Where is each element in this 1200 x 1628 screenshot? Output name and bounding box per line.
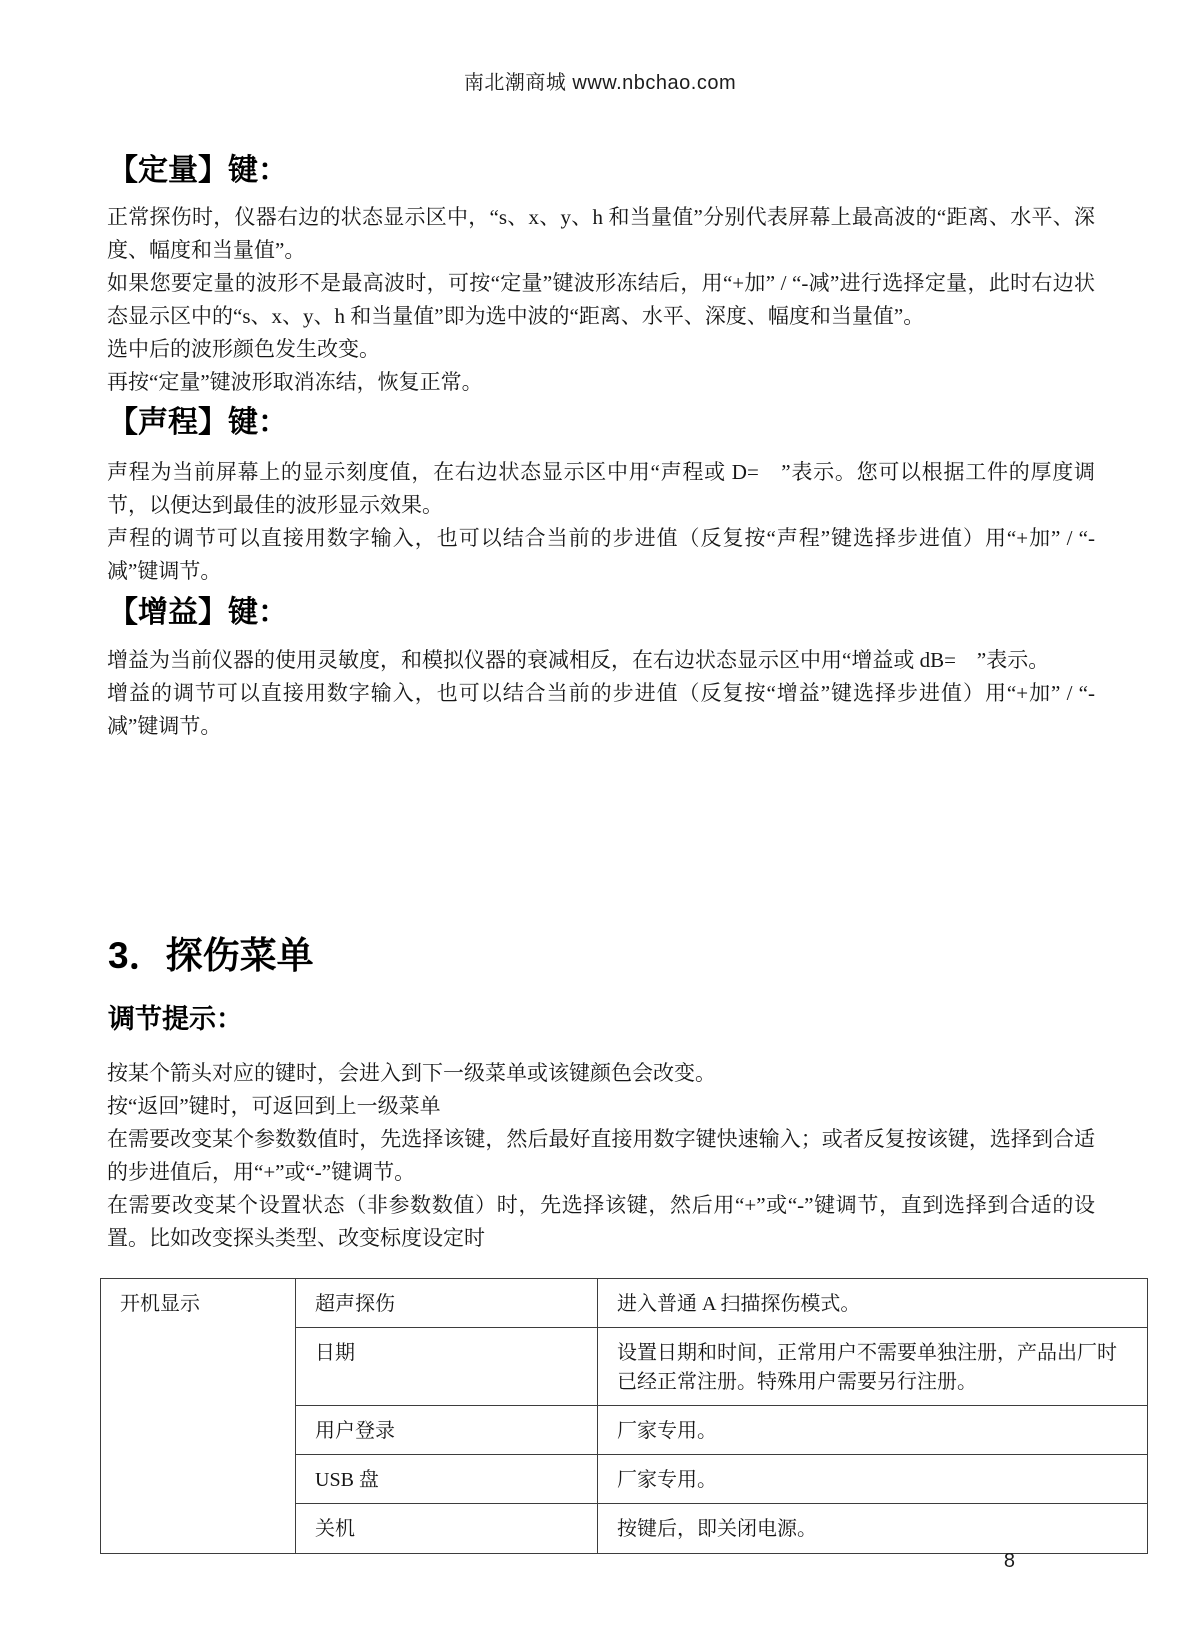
startup-menu-table: 开机显示 超声探伤 进入普通 A 扫描探伤模式。 日期 设置日期和时间，正常用户…	[100, 1278, 1148, 1554]
site-header-text: 南北潮商城 www.nbchao.com	[0, 66, 1200, 95]
paragraph: 如果您要定量的波形不是最高波时，可按“定量”键波形冻结后，用“+加” / “-减…	[107, 267, 1095, 333]
paragraph: 选中后的波形颜色发生改变。	[107, 333, 1095, 366]
section-heading-shengcheng-key: 【声程】键：	[108, 404, 288, 442]
paragraph: 在需要改变某个设置状态（非参数数值）时，先选择该键，然后用“+”或“-”键调节，…	[107, 1189, 1095, 1255]
table-cell-item: 关机	[296, 1504, 598, 1554]
paragraph: 声程为当前屏幕上的显示刻度值，在右边状态显示区中用“声程或 D= ”表示。您可以…	[107, 456, 1095, 522]
section-heading-dingliang-key: 【定量】键：	[108, 152, 288, 190]
table-cell-description: 按键后，即关闭电源。	[598, 1504, 1148, 1554]
paragraph: 按某个箭头对应的键时，会进入到下一级菜单或该键颜色会改变。	[107, 1057, 1095, 1090]
paragraph: 增益的调节可以直接用数字输入，也可以结合当前的步进值（反复按“增益”键选择步进值…	[107, 677, 1095, 743]
table-cell-item: 超声探伤	[296, 1279, 598, 1328]
page-number: 8	[985, 1550, 1015, 1573]
document-page: 南北潮商城 www.nbchao.com 【定量】键： 正常探伤时，仪器右边的状…	[0, 0, 1200, 1628]
section-heading-zengyi-key: 【增益】键：	[108, 594, 288, 632]
table-cell-description: 进入普通 A 扫描探伤模式。	[598, 1279, 1148, 1328]
paragraph: 再按“定量”键波形取消冻结，恢复正常。	[107, 366, 1095, 399]
paragraph: 按“返回”键时，可返回到上一级菜单	[107, 1090, 1095, 1123]
chapter-title: 3．探伤菜单	[108, 932, 314, 980]
paragraph: 声程的调节可以直接用数字输入，也可以结合当前的步进值（反复按“声程”键选择步进值…	[107, 522, 1095, 588]
table-cell-description: 设置日期和时间，正常用户不需要单独注册，产品出厂时已经正常注册。特殊用户需要另行…	[598, 1328, 1148, 1406]
table-cell-description: 厂家专用。	[598, 1406, 1148, 1455]
paragraph: 在需要改变某个参数数值时，先选择该键，然后最好直接用数字键快速输入；或者反复按该…	[107, 1123, 1095, 1189]
paragraph: 正常探伤时，仪器右边的状态显示区中，“s、x、y、h 和当量值”分别代表屏幕上最…	[107, 201, 1095, 267]
chapter-body: 按某个箭头对应的键时，会进入到下一级菜单或该键颜色会改变。 按“返回”键时，可返…	[107, 1057, 1095, 1255]
table-cell-item: 用户登录	[296, 1406, 598, 1455]
table-row: 开机显示 超声探伤 进入普通 A 扫描探伤模式。	[101, 1279, 1148, 1328]
section-body-dingliang: 正常探伤时，仪器右边的状态显示区中，“s、x、y、h 和当量值”分别代表屏幕上最…	[107, 201, 1095, 399]
table-cell-description: 厂家专用。	[598, 1455, 1148, 1504]
table-cell-item: USB 盘	[296, 1455, 598, 1504]
section-body-shengcheng: 声程为当前屏幕上的显示刻度值，在右边状态显示区中用“声程或 D= ”表示。您可以…	[107, 456, 1095, 588]
paragraph: 增益为当前仪器的使用灵敏度，和模拟仪器的衰减相反，在右边状态显示区中用“增益或 …	[107, 644, 1095, 677]
table-cell-group-label: 开机显示	[101, 1279, 296, 1554]
table-cell-item: 日期	[296, 1328, 598, 1406]
chapter-subheading: 调节提示：	[108, 1001, 243, 1037]
section-body-zengyi: 增益为当前仪器的使用灵敏度，和模拟仪器的衰减相反，在右边状态显示区中用“增益或 …	[107, 644, 1095, 743]
